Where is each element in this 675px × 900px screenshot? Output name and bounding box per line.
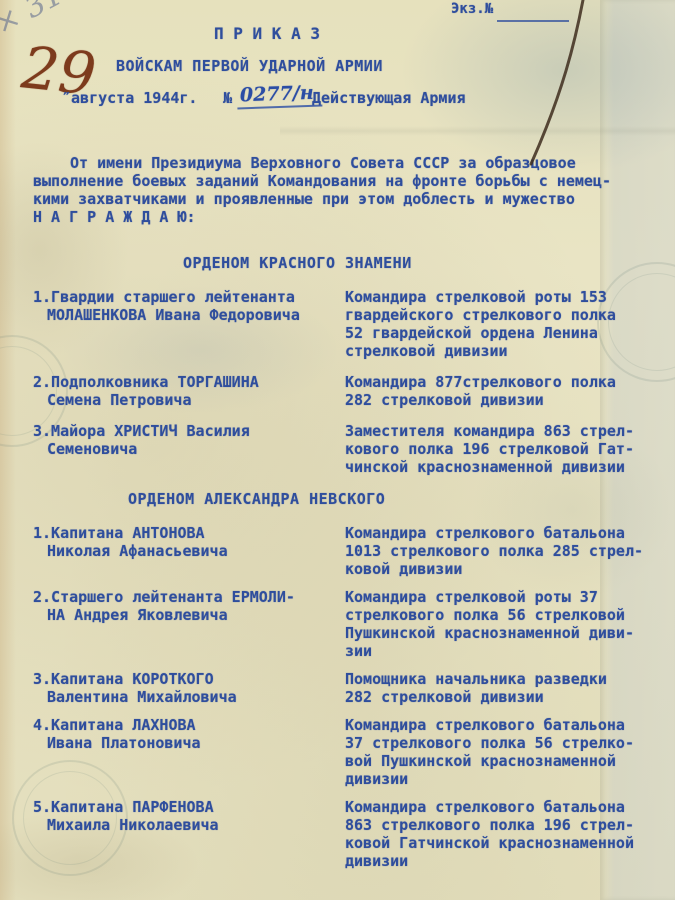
recipient-name: 4.Капитана ЛАХНОВАИвана Платоновича (33, 716, 345, 788)
recipient-name-line: 1.Гвардии старшего лейтенанта (33, 288, 345, 306)
army-designation: Действующая Армия (312, 89, 466, 107)
recipient-name-line: 2.Старшего лейтенанта ЕРМОЛИ- (33, 588, 345, 606)
recipient-position-line: Командира стрелкового батальона (345, 798, 647, 816)
section-heading: ОРДЕНОМ КРАСНОГО ЗНАМЕНИ (183, 254, 647, 272)
document-subtitle: ВОЙСКАМ ПЕРВОЙ УДАРНОЙ АРМИИ (116, 57, 383, 75)
recipient-position-line: дивизии (345, 852, 647, 870)
recipient-position-line: дивизии (345, 770, 647, 788)
recipient-name: 2.Старшего лейтенанта ЕРМОЛИ-НА Андрея Я… (33, 588, 345, 660)
recipient-position: Командира стрелкового батальона863 стрел… (345, 798, 647, 870)
recipient-position-line: чинской краснознаменной дивизии (345, 458, 647, 476)
copy-number-label: Экз.№ (451, 1, 493, 17)
paper-edge-shade (0, 0, 16, 900)
recipient-name: 3.Капитана КОРОТКОГОВалентина Михайлович… (33, 670, 345, 706)
recipient-position-line: ковой дивизии (345, 560, 647, 578)
award-entry: 3.Майора ХРИСТИЧ ВасилияСеменовичаЗамест… (33, 422, 647, 476)
recipient-position-line: 1013 стрелкового полка 285 стрел- (345, 542, 647, 560)
date-text: ″августа 1944г. (62, 89, 197, 107)
recipient-name-line: МОЛАШЕНКОВА Ивана Федоровича (33, 306, 345, 324)
recipient-position-line: стрелкового полка 56 стрелковой (345, 606, 647, 624)
award-entry: 5.Капитана ПАРФЕНОВАМихаила НиколаевичаК… (33, 798, 647, 870)
recipient-name-line: 3.Капитана КОРОТКОГО (33, 670, 345, 688)
section-entries: 1.Капитана АНТОНОВАНиколая АфанасьевичаК… (33, 524, 647, 870)
award-entry: 1.Капитана АНТОНОВАНиколая АфанасьевичаК… (33, 524, 647, 578)
recipient-name-line: 2.Подполковника ТОРГАШИНА (33, 373, 345, 391)
section-entries: 1.Гвардии старшего лейтенантаМОЛАШЕНКОВА… (33, 288, 647, 476)
recipient-position-line: Командира стрелковой роты 153 (345, 288, 647, 306)
recipient-position-line: 37 стрелкового полка 56 стрелко- (345, 734, 647, 752)
handwritten-pen-stroke (505, 0, 595, 168)
preamble-line: выполнение боевых заданий Командования н… (33, 172, 647, 190)
paper-crease (280, 126, 675, 136)
recipient-name: 3.Майора ХРИСТИЧ ВасилияСеменовича (33, 422, 345, 476)
award-entry: 2.Подполковника ТОРГАШИНАСемена Петрович… (33, 373, 647, 409)
recipient-name: 5.Капитана ПАРФЕНОВАМихаила Николаевича (33, 798, 345, 870)
preamble-line: кими захватчиками и проявленные при этом… (33, 190, 647, 208)
recipient-position-line: Командира стрелкового батальона (345, 716, 647, 734)
recipient-position: Командира стрелковой роты 153гвардейског… (345, 288, 647, 360)
document-title: П Р И К А З (214, 24, 320, 43)
recipient-position-line: Командира стрелковой роты 37 (345, 588, 647, 606)
recipient-position: Заместителя командира 863 стрел-кового п… (345, 422, 647, 476)
recipient-position-line: Командира 877стрелкового полка (345, 373, 647, 391)
award-declaration: Н А Г Р А Ж Д А Ю: (33, 208, 647, 226)
award-entry: 1.Гвардии старшего лейтенантаМОЛАШЕНКОВА… (33, 288, 647, 360)
recipient-position-line: кового полка 196 стрелковой Гат- (345, 440, 647, 458)
handwritten-order-number: 0277/н (237, 82, 322, 110)
award-entry: 3.Капитана КОРОТКОГОВалентина Михайлович… (33, 670, 647, 706)
number-sign: № (223, 89, 232, 107)
recipient-position: Командира стрелковой роты 37стрелкового … (345, 588, 647, 660)
recipient-position: Командира стрелкового батальона37 стрелк… (345, 716, 647, 788)
recipient-name-line: Ивана Платоновича (33, 734, 345, 752)
recipient-position-line: 52 гвардейской ордена Ленина (345, 324, 647, 342)
recipient-name-line: Валентина Михайловича (33, 688, 345, 706)
recipient-position-line: ковой Гатчинской краснознаменной (345, 834, 647, 852)
recipient-name-line: 3.Майора ХРИСТИЧ Василия (33, 422, 345, 440)
recipient-position-line: 282 стрелковой дивизии (345, 391, 647, 409)
recipient-position-line: 282 стрелковой дивизии (345, 688, 647, 706)
recipient-position-line: гвардейского стрелкового полка (345, 306, 647, 324)
award-entry: 2.Старшего лейтенанта ЕРМОЛИ-НА Андрея Я… (33, 588, 647, 660)
recipient-position-line: Помощника начальника разведки (345, 670, 647, 688)
recipient-name-line: 5.Капитана ПАРФЕНОВА (33, 798, 345, 816)
award-sections: ОРДЕНОМ КРАСНОГО ЗНАМЕНИ1.Гвардии старше… (33, 254, 647, 870)
recipient-name-line: НА Андрея Яковлевича (33, 606, 345, 624)
recipient-position-line: Командира стрелкового батальона (345, 524, 647, 542)
recipient-position-line: вой Пушкинской краснознаменной (345, 752, 647, 770)
recipient-name: 1.Гвардии старшего лейтенантаМОЛАШЕНКОВА… (33, 288, 345, 360)
award-entry: 4.Капитана ЛАХНОВАИвана ПлатоновичаКоман… (33, 716, 647, 788)
recipient-position-line: Пушкинской краснознаменной диви- (345, 624, 647, 642)
recipient-name-line: Семена Петровича (33, 391, 345, 409)
recipient-position: Помощника начальника разведки282 стрелко… (345, 670, 647, 706)
recipient-name-line: Михаила Николаевича (33, 816, 345, 834)
recipient-position: Командира 877стрелкового полка282 стрелк… (345, 373, 647, 409)
section-heading: ОРДЕНОМ АЛЕКСАНДРА НЕВСКОГО (128, 490, 647, 508)
recipient-name-line: 1.Капитана АНТОНОВА (33, 524, 345, 542)
recipient-name: 1.Капитана АНТОНОВАНиколая Афанасьевича (33, 524, 345, 578)
recipient-position: Командира стрелкового батальона1013 стре… (345, 524, 647, 578)
scanned-order-document: × 31 29 Экз.№ П Р И К А З ВОЙСКАМ ПЕРВОЙ… (0, 0, 675, 900)
recipient-position-line: 863 стрелкового полка 196 стрел- (345, 816, 647, 834)
recipient-name: 2.Подполковника ТОРГАШИНАСемена Петрович… (33, 373, 345, 409)
recipient-position-line: Заместителя командира 863 стрел- (345, 422, 647, 440)
recipient-name-line: 4.Капитана ЛАХНОВА (33, 716, 345, 734)
recipient-name-line: Семеновича (33, 440, 345, 458)
recipient-position-line: зии (345, 642, 647, 660)
document-body: От имени Президиума Верховного Совета СС… (33, 154, 647, 870)
recipient-name-line: Николая Афанасьевича (33, 542, 345, 560)
recipient-position-line: стрелковой дивизии (345, 342, 647, 360)
